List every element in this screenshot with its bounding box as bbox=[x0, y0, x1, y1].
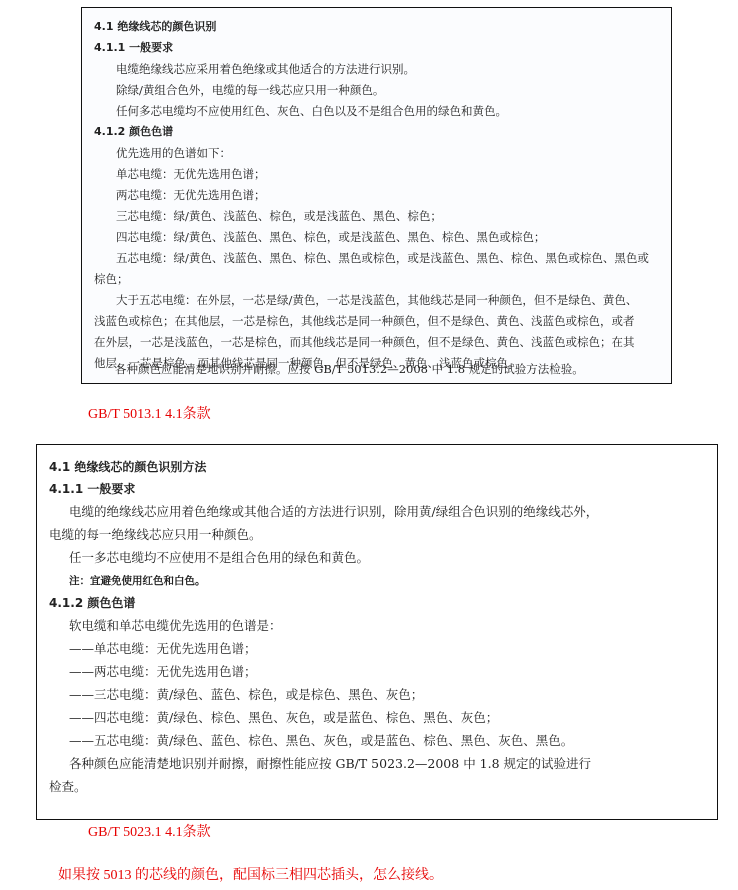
subsection-heading: 4.1.1 一般要求 bbox=[49, 482, 135, 496]
paragraph: 优先选用的色谱如下： bbox=[116, 146, 231, 160]
paragraph: 单芯电缆：无优先选用色谱； bbox=[116, 167, 266, 181]
paragraph: 在外层，一芯是浅蓝色，一芯是棕色，而其他线芯是同一种颜色，但不是绿色、黄色、浅蓝… bbox=[94, 335, 635, 349]
document-excerpt-gbt5023: 4.1 绝缘线芯的颜色识别方法 4.1.1 一般要求 电缆的绝缘线芯应用着色绝缘… bbox=[36, 444, 718, 820]
section-heading: 4.1 绝缘线芯的颜色识别 bbox=[94, 20, 216, 34]
paragraph: 大于五芯电缆：在外层，一芯是绿/黄色，一芯是浅蓝色，其他线芯是同一种颜色，但不是… bbox=[116, 293, 637, 307]
paragraph: 除绿/黄组合色外，电缆的每一线芯应只用一种颜色。 bbox=[116, 83, 384, 97]
caption-gbt5013: GB/T 5013.1 4.1条款 bbox=[88, 403, 211, 423]
list-item: ——单芯电缆：无优先选用色谱； bbox=[69, 642, 257, 656]
paragraph: 各种颜色应能清楚地识别并耐擦，耐擦性能应按 GB/T 5023.2—2008 中… bbox=[69, 757, 591, 771]
section-heading: 4.1 绝缘线芯的颜色识别方法 bbox=[49, 460, 206, 474]
list-item: ——五芯电缆：黄/绿色、蓝色、棕色、黑色、灰色，或是蓝色、棕色、黑色、灰色、黑色… bbox=[69, 734, 573, 748]
document-excerpt-gbt5013: 4.1 绝缘线芯的颜色识别 4.1.1 一般要求 电缆绝缘线芯应采用着色绝缘或其… bbox=[81, 7, 672, 384]
paragraph: 四芯电缆：绿/黄色、浅蓝色、黑色、棕色，或是浅蓝色、黑色、棕色、黑色或棕色； bbox=[116, 230, 545, 244]
paragraph: 各种颜色应能清楚地识别并耐擦。应按 GB/T 5013.2—2008 中 1.8… bbox=[115, 362, 584, 376]
paragraph: 任何多芯电缆均不应使用红色、灰色、白色以及不是组合色用的绿色和黄色。 bbox=[116, 104, 507, 118]
question-text: 如果按 5013 的芯线的颜色，配国标三相四芯插头，怎么接线。 bbox=[58, 864, 443, 884]
paragraph: 电缆绝缘线芯应采用着色绝缘或其他适合的方法进行识别。 bbox=[116, 62, 415, 76]
paragraph: 三芯电缆：绿/黄色、浅蓝色、棕色，或是浅蓝色、黑色、棕色； bbox=[116, 209, 442, 223]
note: 注：宜避免使用红色和白色。 bbox=[69, 574, 206, 588]
paragraph: 棕色； bbox=[94, 272, 129, 286]
paragraph: 检查。 bbox=[49, 780, 87, 794]
paragraph: 浅蓝色或棕色；在其他层，一芯是棕色，其他线芯是同一种颜色，但不是绿色、黄色、浅蓝… bbox=[94, 314, 635, 328]
subsection-heading: 4.1.1 一般要求 bbox=[94, 41, 173, 55]
list-item: ——四芯电缆：黄/绿色、棕色、黑色、灰色，或是蓝色、棕色、黑色、灰色； bbox=[69, 711, 498, 725]
paragraph: 两芯电缆：无优先选用色谱； bbox=[116, 188, 266, 202]
subsection-heading: 4.1.2 颜色色谱 bbox=[49, 596, 135, 610]
paragraph: 软电缆和单芯电缆优先选用的色谱是： bbox=[69, 619, 282, 633]
paragraph: 电缆的每一绝缘线芯应只用一种颜色。 bbox=[49, 528, 262, 542]
subsection-heading: 4.1.2 颜色色谱 bbox=[94, 125, 173, 139]
paragraph: 五芯电缆：绿/黄色、浅蓝色、黑色、棕色、黑色或棕色，或是浅蓝色、黑色、棕色、黑色… bbox=[116, 251, 649, 265]
caption-gbt5023: GB/T 5023.1 4.1条款 bbox=[88, 821, 211, 841]
list-item: ——三芯电缆：黄/绿色、蓝色、棕色，或是棕色、黑色、灰色； bbox=[69, 688, 423, 702]
paragraph: 任一多芯电缆均不应使用不是组合色用的绿色和黄色。 bbox=[69, 551, 369, 565]
paragraph: 电缆的绝缘线芯应用着色绝缘或其他合适的方法进行识别，除用黄/绿组合色识别的绝缘线… bbox=[69, 505, 598, 519]
list-item: ——两芯电缆：无优先选用色谱； bbox=[69, 665, 257, 679]
